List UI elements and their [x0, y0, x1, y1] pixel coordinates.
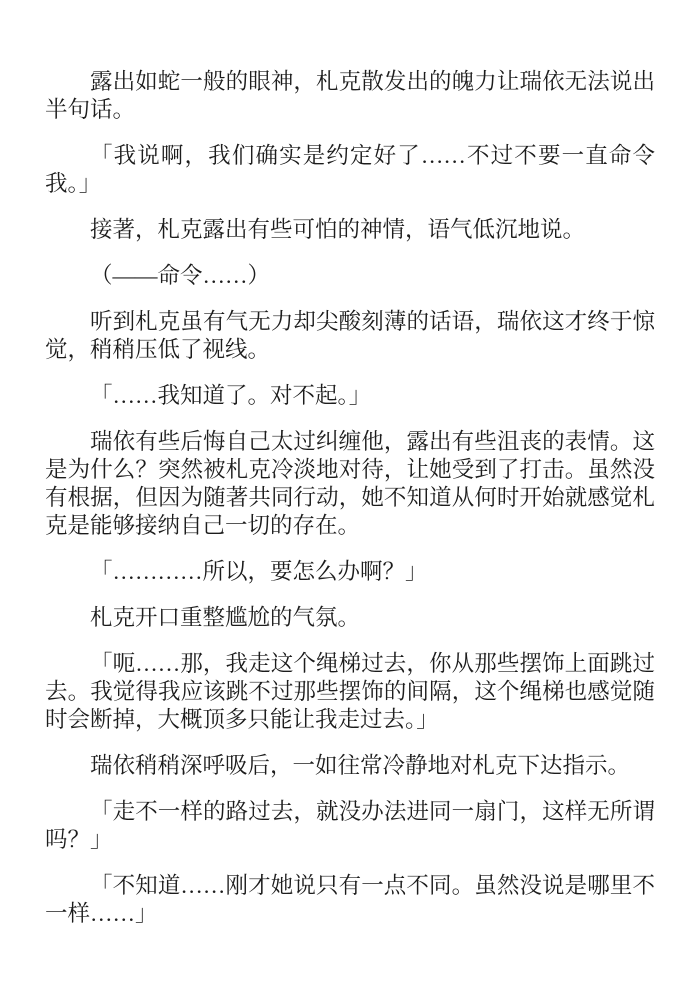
paragraph-narration: 露出如蛇一般的眼神，札克散发出的魄力让瑞依无法说出半句话。: [45, 68, 655, 124]
paragraph-dialogue: 「我说啊，我们确实是约定好了……不过不要一直命令我。」: [45, 142, 655, 198]
paragraph-narration: 瑞依有些后悔自己太过纠缠他，露出有些沮丧的表情。这是为什么？突然被札克冷淡地对待…: [45, 428, 655, 540]
paragraph-dialogue: 「走不一样的路过去，就没办法进同一扇门，这样无所谓吗？」: [45, 798, 655, 854]
paragraph-narration: 瑞依稍稍深呼吸后，一如往常冷静地对札克下达指示。: [45, 752, 655, 780]
paragraph-inner-thought: （——命令……）: [45, 262, 655, 290]
paragraph-dialogue: 「……我知道了。对不起。」: [45, 382, 655, 410]
paragraph-dialogue: 「呃……那，我走这个绳梯过去，你从那些摆饰上面跳过去。我觉得我应该跳不过那些摆饰…: [45, 650, 655, 734]
paragraph-dialogue: 「不知道……刚才她说只有一点不同。虽然没说是哪里不一样……」: [45, 872, 655, 928]
paragraph-narration: 听到札克虽有气无力却尖酸刻薄的话语，瑞依这才终于惊觉，稍稍压低了视线。: [45, 308, 655, 364]
paragraph-narration: 札克开口重整尴尬的气氛。: [45, 604, 655, 632]
paragraph-dialogue: 「…………所以，要怎么办啊？」: [45, 558, 655, 586]
paragraph-narration: 接著，札克露出有些可怕的神情，语气低沉地说。: [45, 216, 655, 244]
novel-page: 露出如蛇一般的眼神，札克散发出的魄力让瑞依无法说出半句话。 「我说啊，我们确实是…: [0, 0, 700, 992]
